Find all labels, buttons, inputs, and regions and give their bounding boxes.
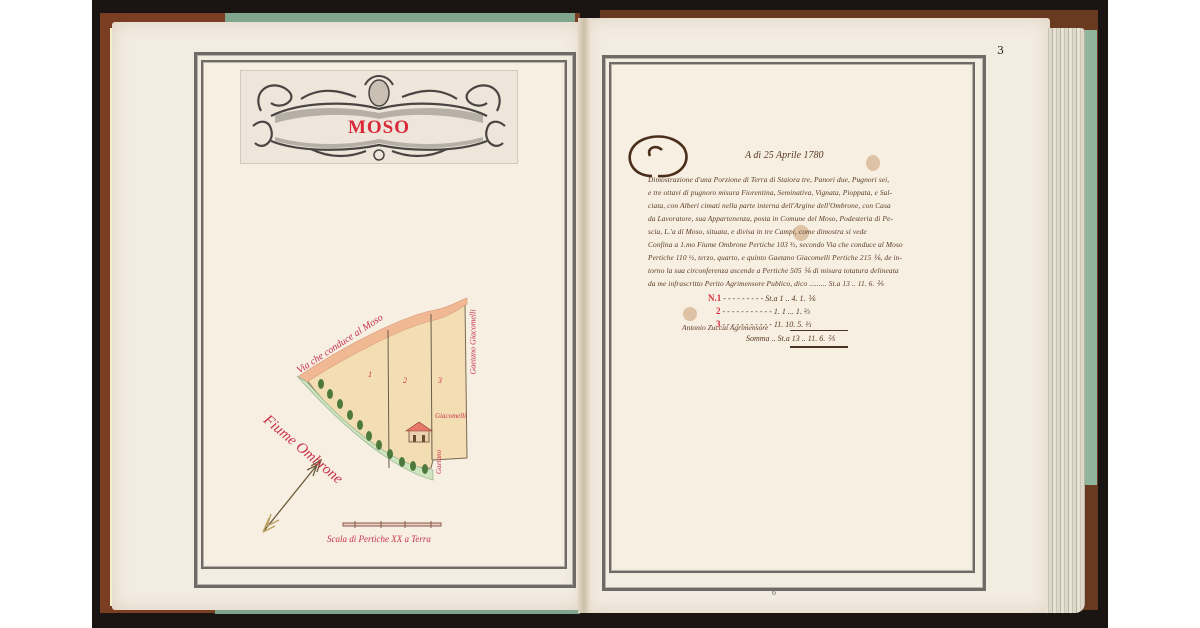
page-stack-fore-edge <box>1045 28 1085 613</box>
sum-double-rule <box>790 346 848 348</box>
title-cartouche: MOSO <box>240 70 518 164</box>
row-label: N.1 <box>708 293 721 303</box>
row-value: St.a 13 .. 11. 6. ⅖ <box>778 334 835 343</box>
parcel-3-label: 3 <box>438 376 442 385</box>
mask-face-icon <box>369 80 389 106</box>
body-line: Confina a 1.mo Fiume Ombrone Pertiche 10… <box>648 240 903 249</box>
parcel-map: Via che conduce al Moso 1 2 3 Gaetano Gi… <box>255 270 495 550</box>
scale-caption: Scala di Pertiche XX a Terra <box>327 534 431 544</box>
page-number: 3 <box>997 44 1004 57</box>
body-line: Dimostrazione d'una Porzione di Terra di… <box>648 175 889 184</box>
map-title: MOSO <box>241 117 517 139</box>
bottom-signature-mark: 6 <box>772 588 776 597</box>
scale-bar <box>343 521 441 528</box>
surveyor-signature: Antonio Zuccai Agrimensore <box>682 323 768 332</box>
north-arrow-icon <box>263 460 321 532</box>
sum-rule <box>790 330 848 331</box>
row-value: 11. 10. 5. ⅔ <box>774 320 811 329</box>
parcel-2-label: 2 <box>403 376 407 385</box>
row-label: 2 <box>716 306 721 316</box>
body-line: scia, L.'a di Moso, situata, e divisa in… <box>648 227 867 236</box>
decorative-initial-d-icon <box>622 128 692 180</box>
row-value: 1. 1 ... 1. ⅔ <box>774 307 810 316</box>
body-line: torno la sua circonferenza ascende a Per… <box>648 266 899 275</box>
table-row: 2 - - - - - - - - - - - 1. 1 ... 1. ⅔ <box>716 306 810 316</box>
body-line: Pertiche 110 ½, terzo, quarto, e quinto … <box>648 253 902 262</box>
date-line: A dì 25 Aprile 1780 <box>745 150 824 161</box>
parcel-map-drawing <box>255 270 495 550</box>
body-line: da me infrascritto Perito Agrimensore Pu… <box>648 279 884 288</box>
book-gutter <box>578 18 590 613</box>
ink-stain <box>866 155 880 171</box>
body-line: e tre ottavi di pugnoro misura Fiorentin… <box>648 188 892 197</box>
table-row: N.1 - - - - - - - - - St.a 1 .. 4. 1. ⅙ <box>708 293 815 303</box>
right-cover-green-cloth <box>1085 30 1097 485</box>
body-line: da Lavoratore, sua Appartenenza, posta i… <box>648 214 893 223</box>
parcel-1-label: 1 <box>368 370 372 379</box>
row-value: St.a 1 .. 4. 1. ⅙ <box>765 294 815 303</box>
body-line: ciata, con Alberi cimati nella parte int… <box>648 201 891 210</box>
neighbor-label-1: Gaetano Giacomelli <box>469 309 478 374</box>
row-label: Somma <box>746 334 770 343</box>
neighbor-label-3: Gaetano <box>435 450 443 474</box>
table-row-total: Somma .. St.a 13 .. 11. 6. ⅖ <box>746 334 835 343</box>
neighbor-label-2: Giacomelli <box>435 412 466 420</box>
ink-stain <box>683 307 697 321</box>
